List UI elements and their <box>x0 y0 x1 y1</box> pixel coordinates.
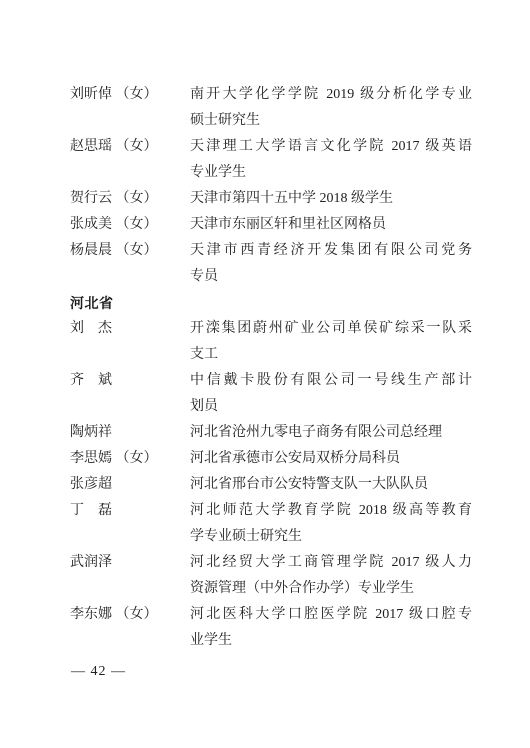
person-name: 刘 杰 <box>70 316 190 368</box>
award-entry: 张彦超 河北省邢台市公安特警支队一大队队员 <box>70 472 472 498</box>
person-name: 杨晨晨 （女） <box>70 238 190 290</box>
person-affiliation: 开滦集团蔚州矿业公司单侯矿综采一队采 支工 <box>190 316 472 368</box>
affiliation-line: 硕士研究生 <box>190 108 472 134</box>
person-affiliation: 天津市西青经济开发集团有限公司党务 专员 <box>190 238 472 290</box>
person-name: 张成美 （女） <box>70 212 190 238</box>
affiliation-line: 划员 <box>190 394 472 420</box>
person-affiliation: 河北省邢台市公安特警支队一大队队员 <box>190 472 472 498</box>
document-page: 刘昕倬 （女） 南开大学化学学院 2019 级分析化学专业 硕士研究生 赵思瑶 … <box>0 0 530 748</box>
award-entry: 贺行云 （女） 天津市第四十五中学 2018 级学生 <box>70 186 472 212</box>
award-entry: 丁 磊 河北师范大学教育学院 2018 级高等教育 学专业硕士研究生 <box>70 498 472 550</box>
award-entry: 李东娜 （女） 河北医科大学口腔医学院 2017 级口腔专 业学生 <box>70 602 472 654</box>
person-name: 贺行云 （女） <box>70 186 190 212</box>
affiliation-line: 专业学生 <box>190 160 472 186</box>
award-entry: 赵思瑶 （女） 天津理工大学语言文化学院 2017 级英语 专业学生 <box>70 134 472 186</box>
affiliation-line: 河北医科大学口腔医学院 2017 级口腔专 <box>190 602 472 628</box>
person-name: 陶炳祥 <box>70 420 190 446</box>
person-name: 李东娜 （女） <box>70 602 190 654</box>
affiliation-line: 专员 <box>190 264 472 290</box>
person-affiliation: 河北省沧州九零电子商务有限公司总经理 <box>190 420 472 446</box>
person-affiliation: 河北经贸大学工商管理学院 2017 级人力 资源管理（中外合作办学）专业学生 <box>190 550 472 602</box>
award-entry: 齐 斌 中信戴卡股份有限公司一号线生产部计 划员 <box>70 368 472 420</box>
person-name: 齐 斌 <box>70 368 190 420</box>
person-affiliation: 河北师范大学教育学院 2018 级高等教育 学专业硕士研究生 <box>190 498 472 550</box>
affiliation-line: 学专业硕士研究生 <box>190 524 472 550</box>
affiliation-line: 南开大学化学学院 2019 级分析化学专业 <box>190 82 472 108</box>
person-name: 赵思瑶 （女） <box>70 134 190 186</box>
person-affiliation: 南开大学化学学院 2019 级分析化学专业 硕士研究生 <box>190 82 472 134</box>
person-affiliation: 河北医科大学口腔医学院 2017 级口腔专 业学生 <box>190 602 472 654</box>
person-name: 刘昕倬 （女） <box>70 82 190 134</box>
person-name: 李思嫣 （女） <box>70 446 190 472</box>
person-affiliation: 河北省承德市公安局双桥分局科员 <box>190 446 472 472</box>
affiliation-line: 支工 <box>190 342 472 368</box>
page-number: — 42 — <box>71 664 126 680</box>
person-affiliation: 天津理工大学语言文化学院 2017 级英语 专业学生 <box>190 134 472 186</box>
award-entry: 刘 杰 开滦集团蔚州矿业公司单侯矿综采一队采 支工 <box>70 316 472 368</box>
affiliation-line: 中信戴卡股份有限公司一号线生产部计 <box>190 368 472 394</box>
affiliation-line: 河北省沧州九零电子商务有限公司总经理 <box>190 420 472 446</box>
affiliation-line: 天津市西青经济开发集团有限公司党务 <box>190 238 472 264</box>
person-name: 张彦超 <box>70 472 190 498</box>
affiliation-line: 河北师范大学教育学院 2018 级高等教育 <box>190 498 472 524</box>
affiliation-line: 天津理工大学语言文化学院 2017 级英语 <box>190 134 472 160</box>
affiliation-line: 业学生 <box>190 628 472 654</box>
province-section-header: 河北省 <box>70 290 472 316</box>
award-entry: 李思嫣 （女） 河北省承德市公安局双桥分局科员 <box>70 446 472 472</box>
person-affiliation: 天津市第四十五中学 2018 级学生 <box>190 186 472 212</box>
person-affiliation: 中信戴卡股份有限公司一号线生产部计 划员 <box>190 368 472 420</box>
award-entry: 陶炳祥 河北省沧州九零电子商务有限公司总经理 <box>70 420 472 446</box>
affiliation-line: 天津市东丽区轩和里社区网格员 <box>190 212 472 238</box>
affiliation-line: 河北省承德市公安局双桥分局科员 <box>190 446 472 472</box>
affiliation-line: 河北经贸大学工商管理学院 2017 级人力 <box>190 550 472 576</box>
affiliation-line: 开滦集团蔚州矿业公司单侯矿综采一队采 <box>190 316 472 342</box>
person-name: 武润泽 <box>70 550 190 602</box>
person-name: 丁 磊 <box>70 498 190 550</box>
person-affiliation: 天津市东丽区轩和里社区网格员 <box>190 212 472 238</box>
affiliation-line: 资源管理（中外合作办学）专业学生 <box>190 576 472 602</box>
award-entry: 刘昕倬 （女） 南开大学化学学院 2019 级分析化学专业 硕士研究生 <box>70 82 472 134</box>
affiliation-line: 河北省邢台市公安特警支队一大队队员 <box>190 472 472 498</box>
award-list: 刘昕倬 （女） 南开大学化学学院 2019 级分析化学专业 硕士研究生 赵思瑶 … <box>70 82 472 654</box>
award-entry: 张成美 （女） 天津市东丽区轩和里社区网格员 <box>70 212 472 238</box>
award-entry: 杨晨晨 （女） 天津市西青经济开发集团有限公司党务 专员 <box>70 238 472 290</box>
affiliation-line: 天津市第四十五中学 2018 级学生 <box>190 186 472 212</box>
award-entry: 武润泽 河北经贸大学工商管理学院 2017 级人力 资源管理（中外合作办学）专业… <box>70 550 472 602</box>
